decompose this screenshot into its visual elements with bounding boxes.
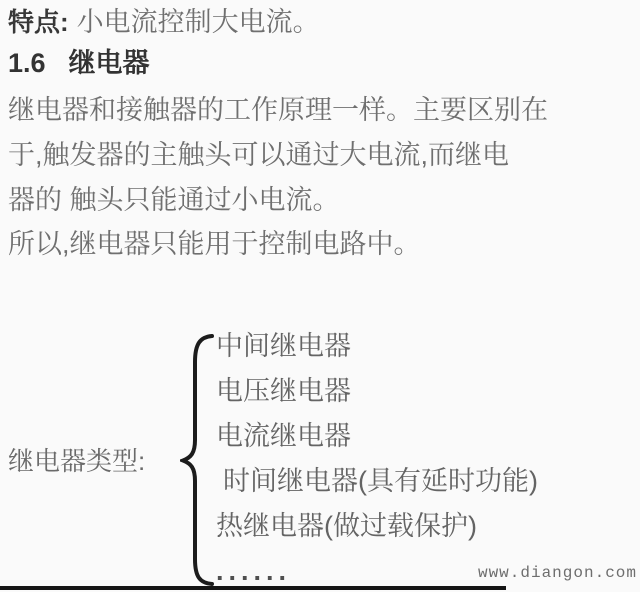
paragraph-line: 器的 触头只能通过小电流。 [8, 178, 608, 223]
relay-type-item: 中间继电器 [216, 324, 538, 369]
bottom-edge-line [0, 586, 506, 590]
section-title: 继电器 [69, 48, 150, 78]
watermark-text: www.diangon.com [478, 564, 637, 582]
relay-type-label: 继电器类型: [8, 444, 145, 478]
paragraph-conclusion: 所以,继电器只能用于控制电路中。 [8, 222, 421, 267]
relay-type-list: 中间继电器 电压继电器 电流继电器 时间继电器(具有延时功能) 热继电器(做过载… [216, 324, 538, 592]
section-number: 1.6 [8, 48, 46, 78]
relay-type-item: 电流继电器 [216, 414, 538, 459]
paragraph-line: 继电器和接触器的工作原理一样。主要区别在 [8, 88, 608, 133]
paragraph-line: 于,触发器的主触头可以通过大电流,而继电 [8, 133, 608, 178]
relay-type-item: 热继电器(做过载保护) [216, 504, 538, 549]
feature-line: 特点:小电流控制大电流。 [8, 4, 320, 40]
relay-type-item: 时间继电器(具有延时功能) [216, 459, 538, 504]
section-heading: 1.6继电器 [8, 44, 150, 82]
curly-brace [180, 333, 218, 586]
feature-label: 特点: [8, 7, 69, 37]
feature-text: 小电流控制大电流。 [77, 7, 320, 37]
relay-type-item: 电压继电器 [216, 369, 538, 414]
paragraph-relay-vs-contactor: 继电器和接触器的工作原理一样。主要区别在 于,触发器的主触头可以通过大电流,而继… [8, 88, 608, 223]
document-page: 特点:小电流控制大电流。 1.6继电器 继电器和接触器的工作原理一样。主要区别在… [0, 0, 640, 592]
